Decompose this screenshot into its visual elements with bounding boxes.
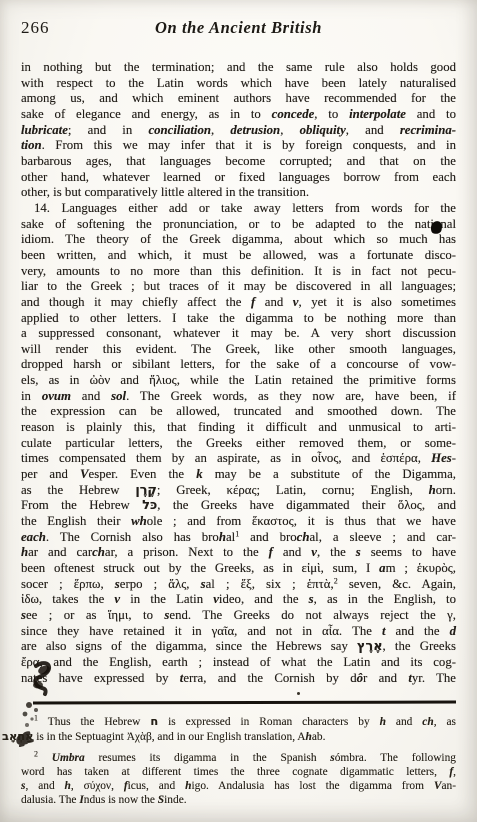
text-line: s, and h, σύχον, ficus, and higo. Andalu… <box>21 779 456 793</box>
scanned-book-page: 266 On the Ancient British in nothing bu… <box>0 0 477 822</box>
text-line: tion. From this we may infer that it is … <box>21 138 456 154</box>
text-line: very, amounts to no more than this defin… <box>21 264 456 280</box>
text-line: and though it may chiefly affect the f a… <box>21 295 456 311</box>
footnote-separator <box>33 701 456 705</box>
text-line: har and carchar, a prison. Next to the f… <box>21 545 456 561</box>
text-line: other, is but comparatively little alter… <box>21 185 456 201</box>
text-line: ἰδω, takes the v in the Latin video, and… <box>21 592 456 608</box>
footnotes-section: 1 Thus the Hebrew ח is expressed in Roma… <box>21 714 456 814</box>
text-line: as the Hebrew קֶרֶן; Greek, κέρας; Latin… <box>21 483 456 499</box>
text-line: sake of softening the pronunciation, or … <box>21 217 456 233</box>
ink-dot-icon <box>297 692 300 695</box>
text-line: a suppressed consonant, whatever it may … <box>21 326 456 342</box>
text-line: barbarous ages, that languages become co… <box>21 154 456 170</box>
text-line: From the Hebrew כּל, the Greeks have dig… <box>21 498 456 514</box>
text-line: 2 Umbra resumes its digamma in the Spani… <box>21 751 456 765</box>
body-text: in nothing but the termination; and the … <box>21 60 456 686</box>
text-line: applied to other letters. I take the dig… <box>21 311 456 327</box>
text-line: are also signs of the digamma, since the… <box>21 639 456 655</box>
text-line: in nothing but the termination; and the … <box>21 60 456 76</box>
text-line: reason is plainly this, that finding it … <box>21 420 456 436</box>
text-line: liar to the Greek ; but traces of it may… <box>21 279 456 295</box>
text-line: sake of elegance and energy, as in to co… <box>21 107 456 123</box>
text-line: אַחְאָב is in the Septuagint Ἀχὰβ, and i… <box>21 729 456 744</box>
text-line: will render this evident. The Greek, lik… <box>21 342 456 358</box>
text-line: socer ; ἕρπω, serpo ; ἅλς, sal ; ἕξ, six… <box>21 577 456 593</box>
text-line: els, as in ὠὸν and ἥλιος, while the Lati… <box>21 373 456 389</box>
footnote-2: 2 Umbra resumes its digamma in the Spani… <box>21 751 456 808</box>
text-line: been oftenest struck out by the Greeks, … <box>21 561 456 577</box>
text-line: each. The Cornish also has brohal1 and b… <box>21 530 456 546</box>
text-line: ἔρα, and the English, earth ; instead of… <box>21 655 456 671</box>
text-line: per and Vesper. Even the k may be a subs… <box>21 467 456 483</box>
running-title: On the Ancient British <box>0 18 477 38</box>
text-line: word has taken at different times the th… <box>21 765 456 779</box>
text-line: been written, and which, it must be allo… <box>21 248 456 264</box>
text-line: in ovum and sol. The Greek words, as the… <box>21 389 456 405</box>
text-line: the expression can be allowed, truncated… <box>21 404 456 420</box>
text-line: the English their whole ; and from ἕκαστ… <box>21 514 456 530</box>
text-line: 14. Languages either add or take away le… <box>21 201 456 217</box>
text-line: other hand, whatever learned or fixed la… <box>21 170 456 186</box>
text-line: nates have expressed by terra, and the C… <box>21 671 456 687</box>
text-line: times compensated them by an aspirate, a… <box>21 451 456 467</box>
text-line: idiom. The theory of the Greek digamma, … <box>21 232 456 248</box>
text-line: since they have retained it in γαῖα, and… <box>21 624 456 640</box>
text-line: culate particular letters, the Greeks ei… <box>21 436 456 452</box>
text-line: dalusia. The Indus is now the Sinde. <box>21 793 456 807</box>
text-line: dropped harsh or sibilant letters, for t… <box>21 357 456 373</box>
text-line: with respect to the Latin words which ha… <box>21 76 456 92</box>
text-line: see ; or as ἵημι, to send. The Greeks do… <box>21 608 456 624</box>
footnote-1: 1 Thus the Hebrew ח is expressed in Roma… <box>21 714 456 745</box>
page-header: 266 On the Ancient British <box>0 18 477 44</box>
text-line: among us, and which eminent authors have… <box>21 91 456 107</box>
text-line: lubricate; and in conciliation, detrusio… <box>21 123 456 139</box>
text-line: 1 Thus the Hebrew ח is expressed in Roma… <box>21 714 456 729</box>
